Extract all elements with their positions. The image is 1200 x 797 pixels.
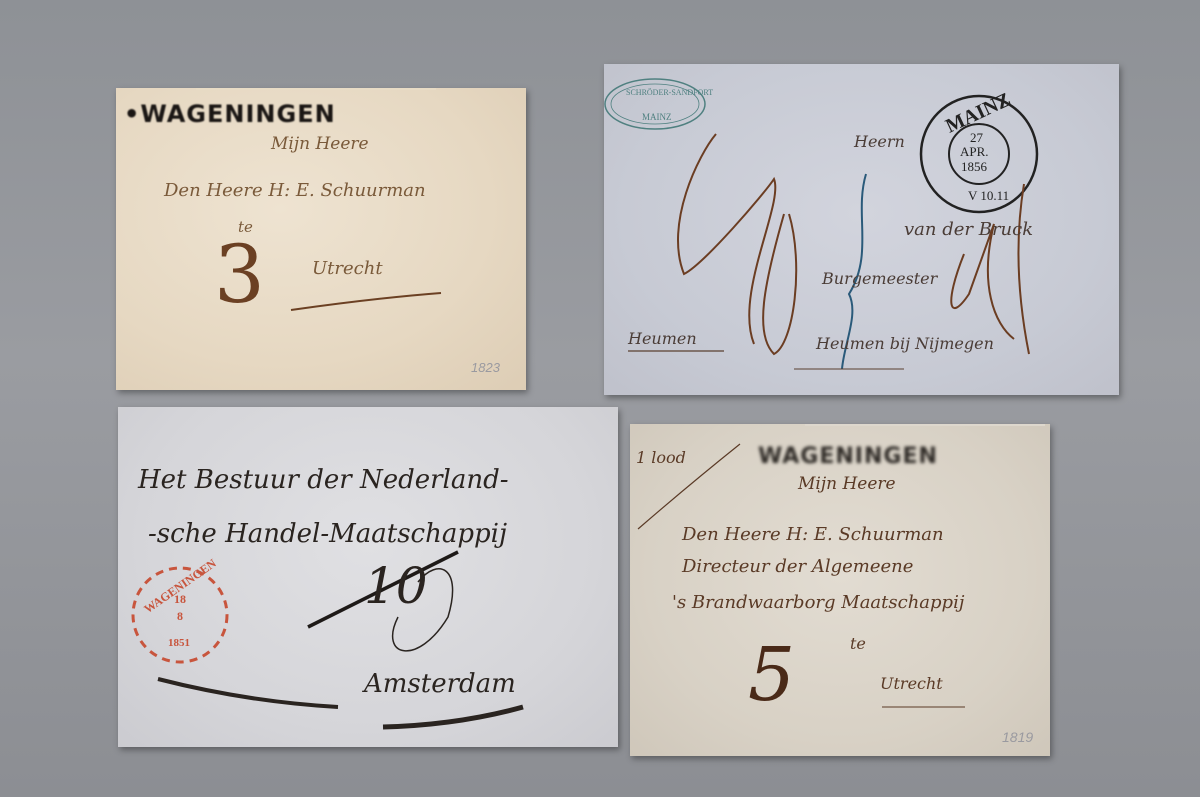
pencil-year-note: 1819 xyxy=(1002,729,1033,745)
address-line: van der Bruck xyxy=(904,219,1033,240)
rate-mark: 10 xyxy=(364,557,428,615)
destination-text: Heumen bij Nijmegen xyxy=(816,334,994,353)
sender-note: Heumen xyxy=(628,329,697,348)
destination-text: Amsterdam xyxy=(364,669,516,699)
oval-stamp-bottom-text: MAINZ xyxy=(642,112,672,122)
letter-wageningen-1823: •WAGENINGEN Mijn Heere Den Heere H: E. S… xyxy=(116,88,526,390)
cds-month: APR. xyxy=(960,144,989,160)
letter-wageningen-1819: 1 lood WAGENINGEN Mijn Heere Den Heere H… xyxy=(630,424,1050,756)
address-line-2: Burgemeester xyxy=(822,269,937,288)
cds-time: V 10.11 xyxy=(968,188,1009,204)
address-line-2: -sche Handel-Maatschappij xyxy=(148,519,507,549)
postmark-year: 1851 xyxy=(168,637,190,649)
underline-flourish xyxy=(116,88,526,390)
letter-wageningen-1851: Het Bestuur der Nederland- -sche Handel-… xyxy=(118,407,618,747)
address-line-1: Het Bestuur der Nederland- xyxy=(138,465,509,495)
oval-stamp-top-text: SCHRÖDER-SANDFORT xyxy=(626,88,713,97)
weight-note-flourish xyxy=(630,424,1050,756)
pencil-year-note: 1823 xyxy=(471,360,500,375)
salutation-text: Heern xyxy=(854,132,905,151)
letter-mainz-1856: SCHRÖDER-SANDFORT MAINZ MAINZ 27 APR. 18… xyxy=(604,64,1119,395)
postmark-day: 18 xyxy=(174,592,186,607)
postmark-month: 8 xyxy=(177,609,183,624)
cds-year: 1856 xyxy=(961,159,987,175)
